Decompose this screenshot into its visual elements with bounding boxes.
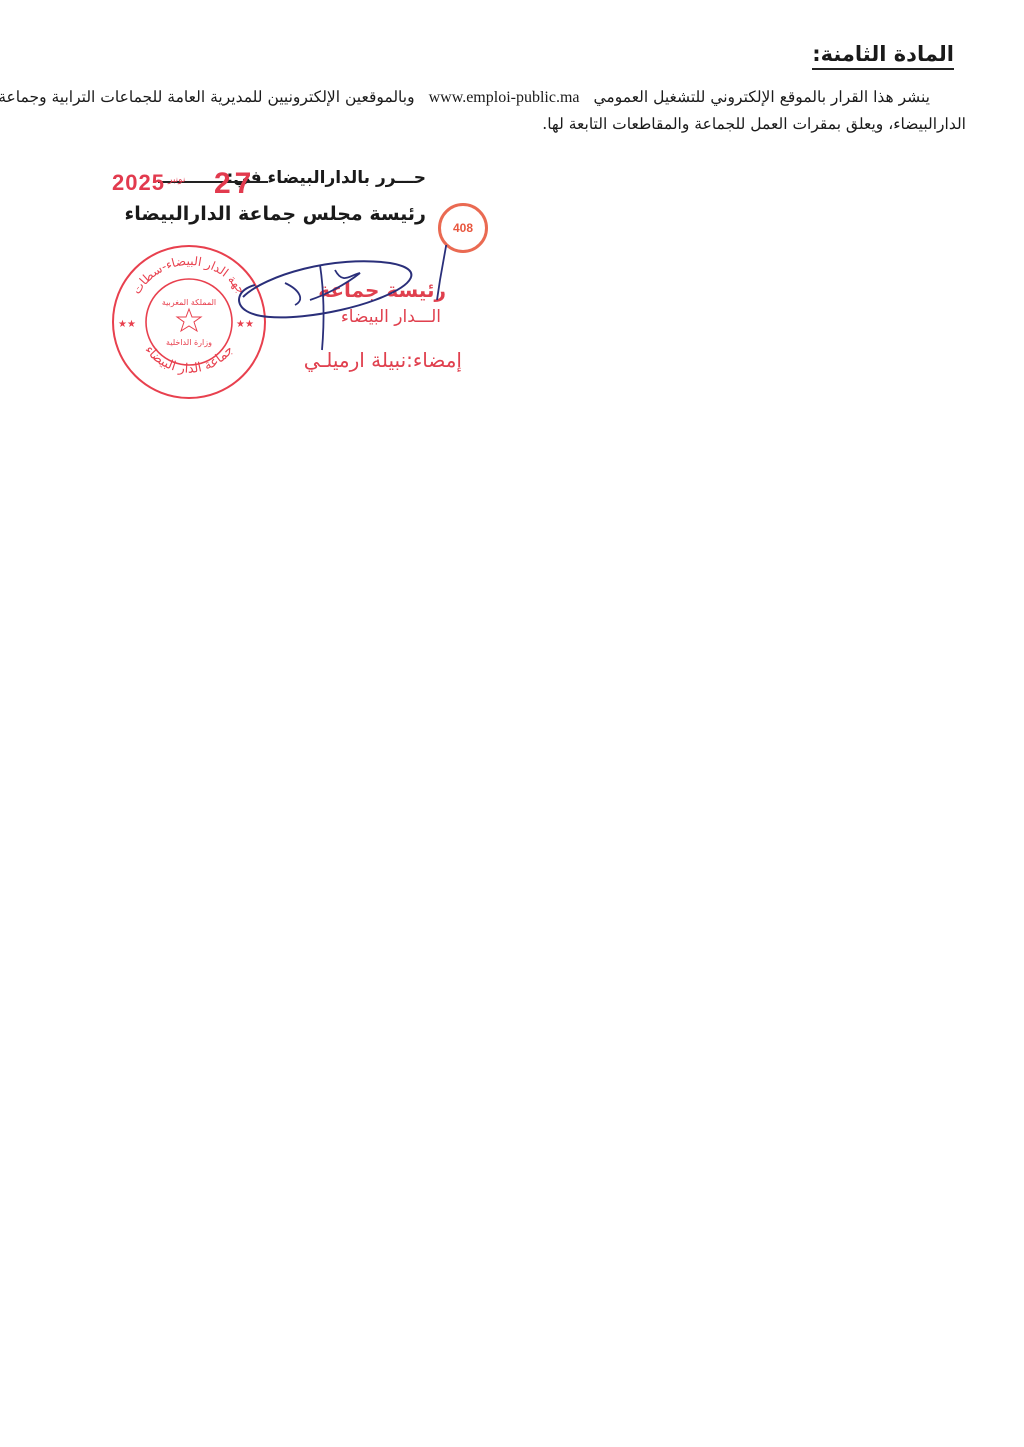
seal-stars-left: ★★	[118, 319, 136, 330]
date-year: 2025	[112, 170, 165, 196]
article-paragraph: ينشر هذا القرار بالموقع الإلكتروني للتشغ…	[66, 84, 966, 138]
handwritten-signature-icon	[225, 245, 485, 365]
website-url: www.emploi-public.ma	[429, 89, 580, 106]
seal-outer-bottom: جماعة الدار البيضاء	[141, 343, 236, 377]
date-day: 27	[214, 167, 255, 201]
registration-number: 408	[453, 221, 473, 235]
paragraph-line-1: ينشر هذا القرار بالموقع الإلكتروني للتشغ…	[66, 84, 966, 111]
paragraph-text-end: وبالموقعين الإلكترونيين للمديرية العامة …	[0, 88, 415, 106]
svg-text:جماعة الدار البيضاء: جماعة الدار البيضاء	[141, 343, 236, 377]
signed-at-label: حـــرر بالدارالبيضاء في:	[226, 168, 426, 188]
date-month: نونبر	[168, 174, 185, 185]
paragraph-text-start: ينشر هذا القرار بالموقع الإلكتروني للتشغ…	[594, 88, 930, 106]
seal-inner-top: المملكة المغربية	[162, 298, 216, 307]
paragraph-line-2: الدارالبيضاء، ويعلق بمقرات العمل للجماعة…	[66, 111, 966, 138]
signatory-title: رئيسة مجلس جماعة الدارالبيضاء	[125, 203, 426, 225]
article-heading: المادة الثامنة:	[812, 42, 954, 70]
document-page: المادة الثامنة: ينشر هذا القرار بالموقع …	[0, 0, 1024, 1447]
seal-inner-bottom: وزارة الداخلية	[166, 338, 212, 347]
